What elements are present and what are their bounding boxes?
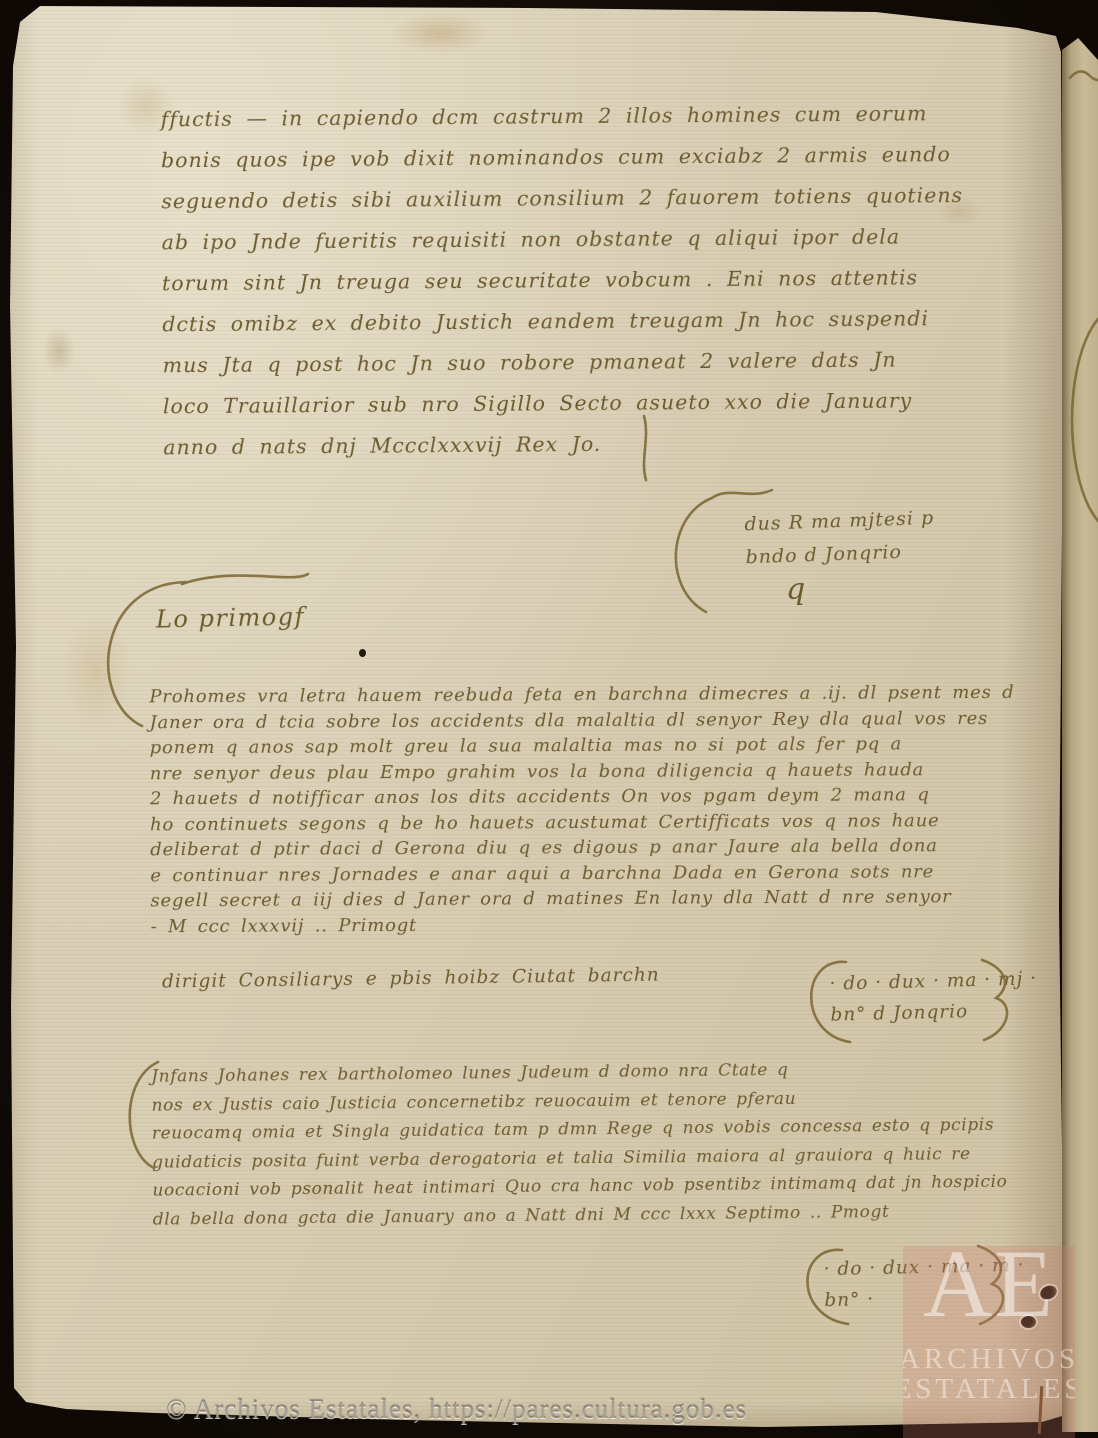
manuscript-line: loco Trauillarior sub nro Sigillo Secto …	[163, 380, 1003, 428]
logo-text-line: ARCHIVOS	[903, 1344, 1075, 1374]
paper-stain	[390, 12, 490, 54]
manuscript-line: ponem q anos sap molt greu la sua malalt…	[150, 731, 1020, 761]
manuscript-line: bonis quos ipe vob dixit nominandos cum …	[161, 134, 1001, 182]
manuscript-line: · do · dux · ma · mj ·	[829, 963, 1037, 999]
manuscript-line: segell secret a iij dies d Janer ora d m…	[150, 884, 1020, 914]
manuscript-line: seguendo detis sibi auxilium consilium 2…	[161, 175, 1001, 223]
latin-letter-1: ffuctis — in capiendo dcm castrum 2 illo…	[161, 93, 1004, 469]
logo-text-line: ESTATALES	[903, 1374, 1075, 1404]
manuscript-line: Prohomes vra letra hauem reebuda feta en…	[149, 680, 1019, 710]
manuscript-line: ffuctis — in capiendo dcm castrum 2 illo…	[161, 93, 1001, 141]
manuscript-scan: ffuctis — in capiendo dcm castrum 2 illo…	[0, 0, 1098, 1438]
chancery-signature: dus R ma mjtesi p bndo d Jonqrio	[744, 502, 936, 575]
paper-stain	[42, 328, 76, 374]
paper-stain	[62, 612, 132, 732]
copyright-watermark: © Archivos Estatales, https://pares.cult…	[166, 1394, 747, 1425]
section-heading: Lo primogf	[156, 602, 306, 633]
manuscript-line: dctis omibz ex debito Justich eandem tre…	[162, 298, 1002, 346]
logo-monogram: AE	[923, 1246, 1055, 1330]
signature-paraph: q	[786, 572, 805, 607]
next-folio-edge	[1062, 36, 1098, 1432]
manuscript-line: deliberat d ptir daci d Gerona diu q es …	[150, 833, 1020, 863]
manuscript-line: bn° d Jonqrio	[830, 994, 1038, 1030]
manuscript-line: anno d nats dnj Mccclxxxvij Rex Jo.	[163, 421, 1003, 469]
chancery-note-1: · do · dux · ma · mj · bn° d Jonqrio	[829, 963, 1038, 1030]
manuscript-line: 2 hauets d notifficar anos los dits acci…	[150, 782, 1020, 812]
manuscript-line: - M ccc lxxxvij .. Primogt	[151, 909, 1021, 939]
manuscript-line: mus Jta q post hoc Jn suo robore pmaneat…	[162, 339, 1002, 387]
manuscript-line: ab ipo Jnde fueritis requisiti non obsta…	[162, 216, 1002, 264]
latin-letter-2: Jnfans Johanes rex bartholomeo lunes Jud…	[151, 1053, 1053, 1233]
manuscript-line: bndo d Jonqrio	[745, 535, 936, 575]
catalan-letter: Prohomes vra letra hauem reebuda feta en…	[149, 680, 1020, 940]
ink-blot	[359, 649, 366, 657]
manuscript-line: torum sint Jn treuga seu securitate vobc…	[162, 257, 1002, 305]
archivos-estatales-logo: AE ARCHIVOS ESTATALES	[903, 1246, 1075, 1438]
manuscript-line: dus R ma mjtesi p	[744, 502, 935, 542]
